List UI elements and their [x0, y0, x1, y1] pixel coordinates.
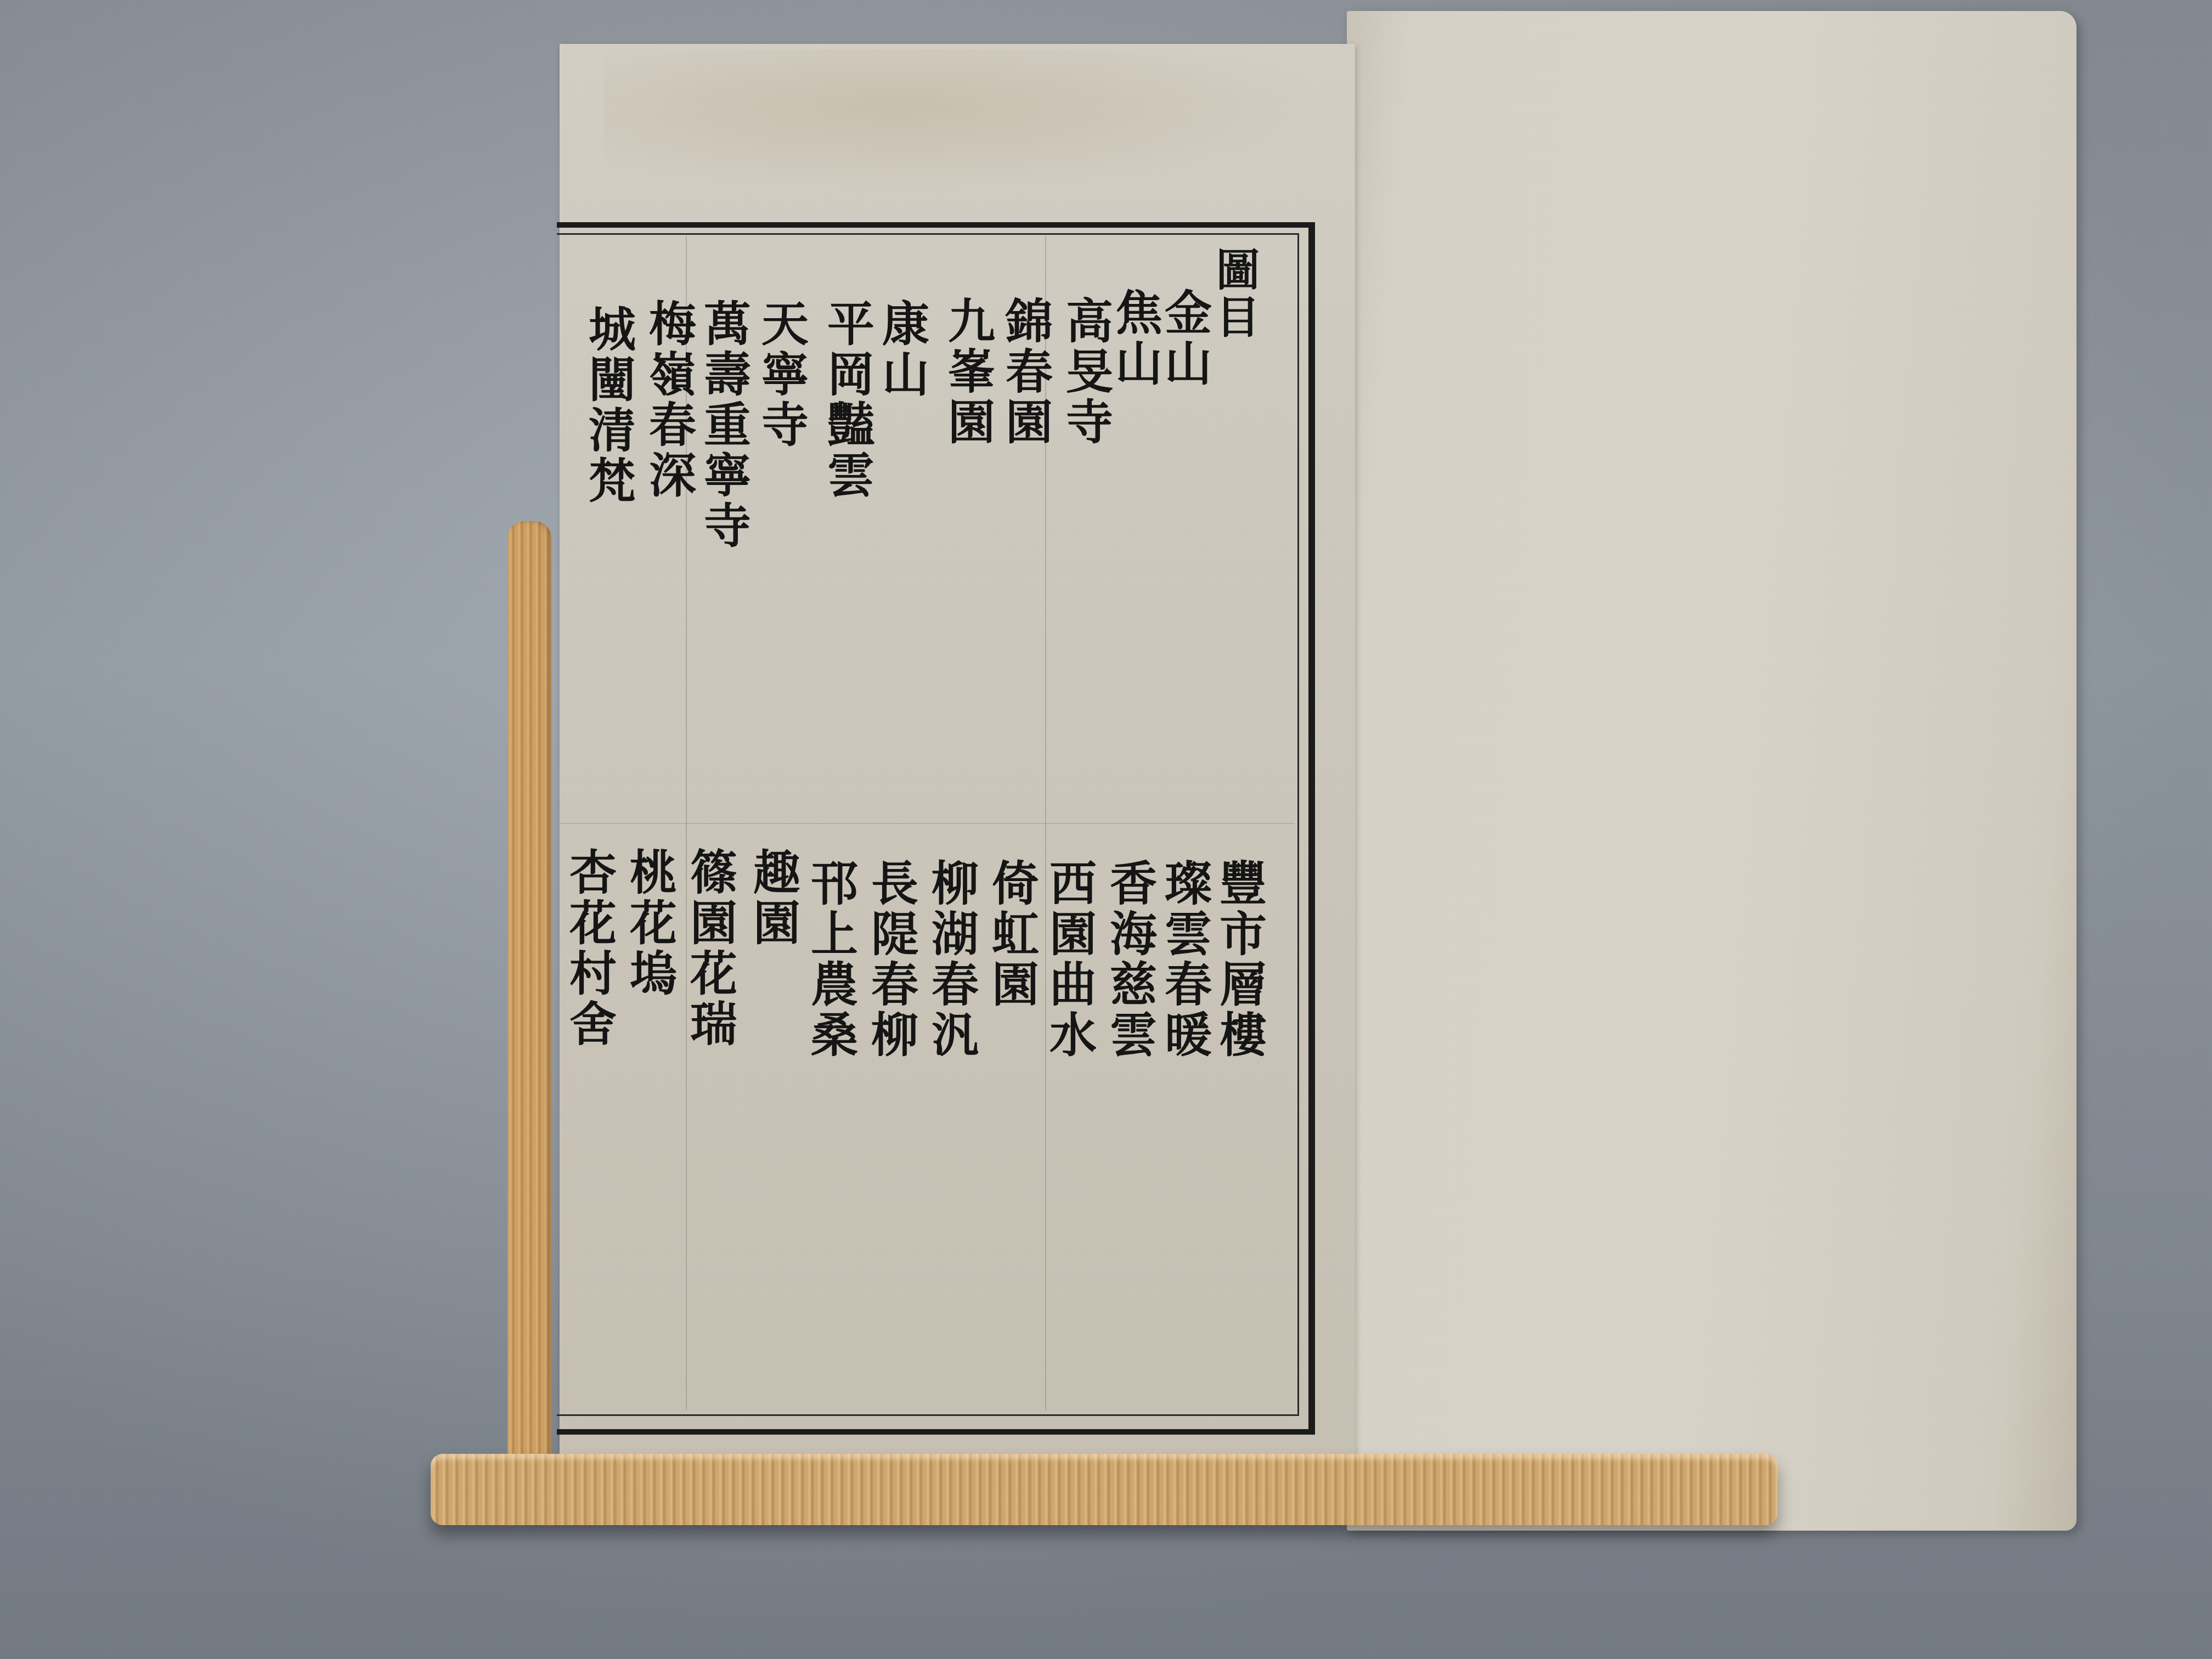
toc-entry: 香海慈雲 — [1105, 859, 1153, 1060]
toc-entry: 邗上農桑 — [806, 859, 854, 1060]
toc-entry: 梅嶺春深 — [645, 299, 692, 501]
toc-entry: 柳湖春汎 — [927, 859, 974, 1060]
toc-entry: 天寧寺 — [757, 299, 804, 450]
toc-entry: 萬壽重寧寺 — [699, 299, 747, 551]
bamboo-stand-post — [507, 521, 551, 1459]
section-divider — [560, 823, 1295, 824]
toc-entry: 篠園花瑞 — [686, 848, 733, 1049]
toc-entry: 豐市層樓 — [1215, 859, 1262, 1060]
toc-entry: 焦山 — [1111, 288, 1158, 389]
toc-entry: 西園曲水 — [1045, 859, 1092, 1060]
page-title: 圖目 — [1212, 247, 1256, 341]
toc-entry: 長隄春柳 — [867, 859, 914, 1060]
toc-entry: 杏花村舍 — [565, 848, 612, 1049]
toc-entry: 九峯園 — [944, 296, 991, 448]
toc-entry: 金山 — [1160, 288, 1207, 389]
toc-entry: 城闉清梵 — [584, 304, 631, 506]
toc-entry: 康山 — [878, 299, 925, 400]
toc-entry: 璨雲春暖 — [1160, 859, 1207, 1060]
toc-entry: 平岡豔雲 — [823, 299, 870, 501]
toc-entry: 錦春園 — [1001, 296, 1048, 448]
right-blank-page — [1347, 11, 2076, 1531]
toc-entry: 趣園 — [749, 848, 796, 949]
bamboo-stand-base — [431, 1454, 1778, 1525]
toc-entry: 桃花塢 — [625, 848, 673, 999]
water-stain — [603, 49, 1344, 192]
toc-entry: 高旻寺 — [1062, 296, 1109, 448]
toc-entry: 倚虹園 — [988, 859, 1035, 1010]
